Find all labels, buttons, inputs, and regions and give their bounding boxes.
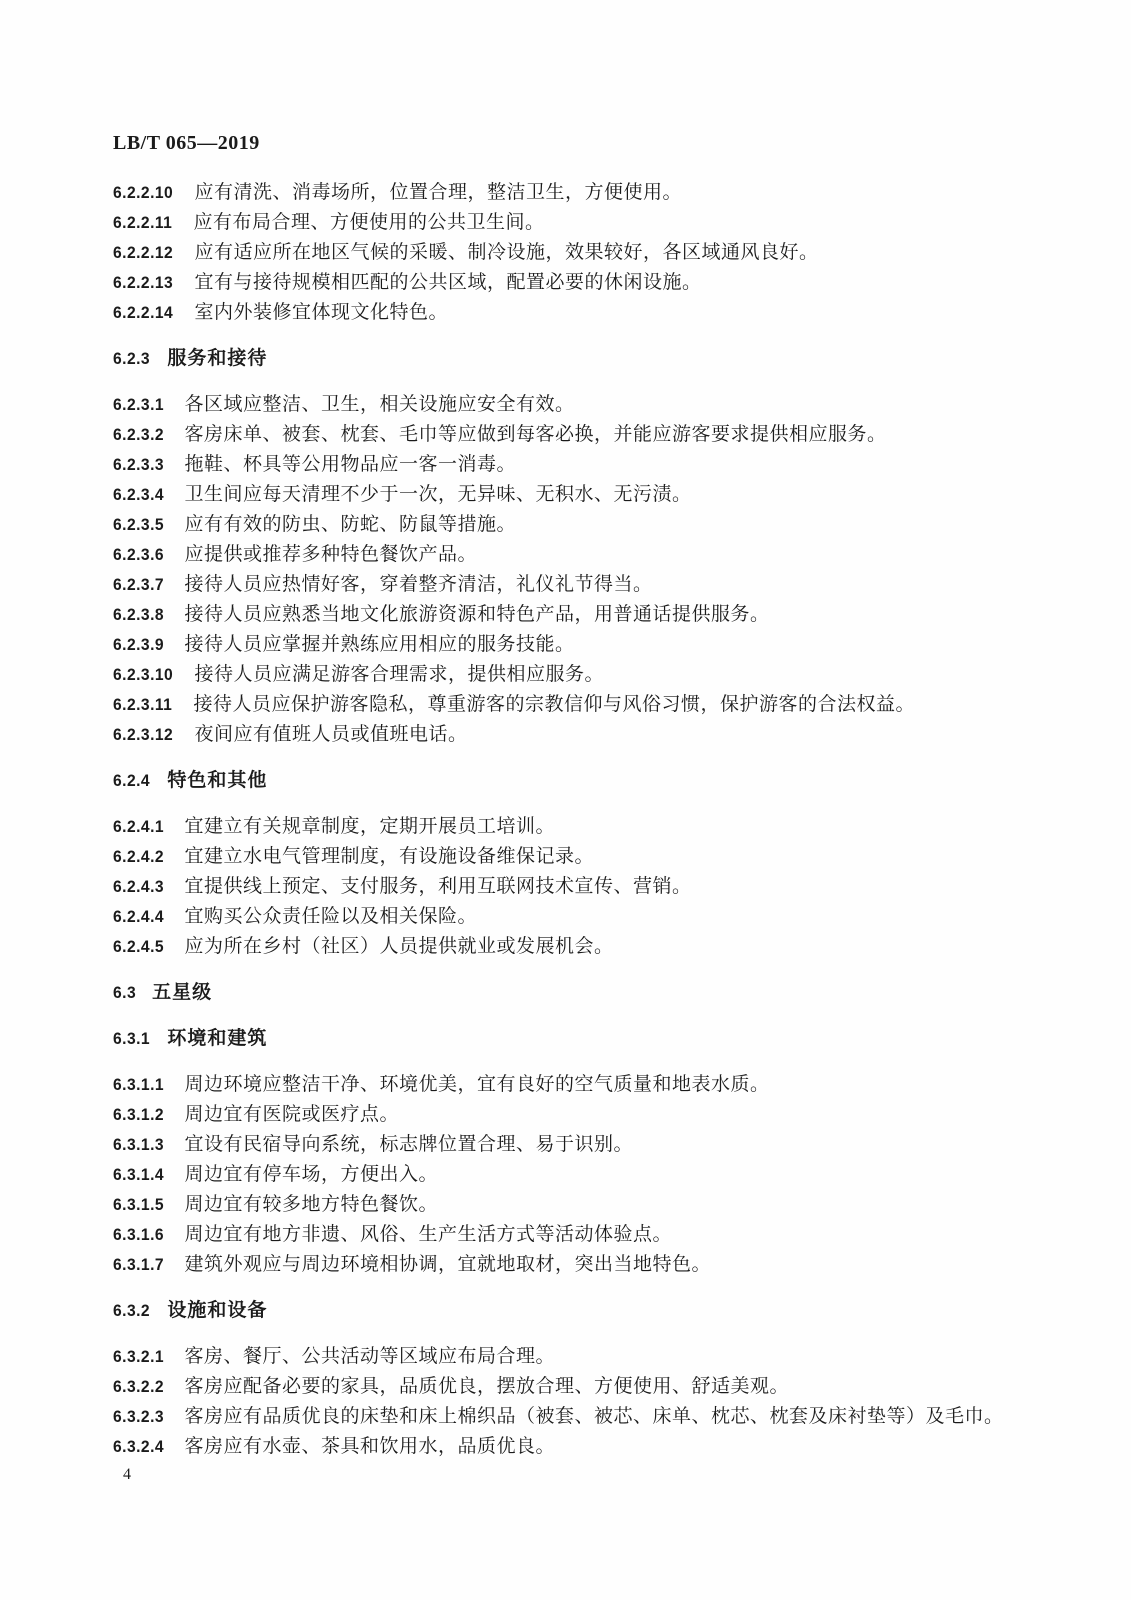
clause-row: 6.3.2.2客房应配备必要的家具，品质优良，摆放合理、方便使用、舒适美观。 bbox=[113, 1372, 1038, 1402]
document-code: LB/T 065—2019 bbox=[113, 132, 260, 155]
clause-text: 客房应配备必要的家具，品质优良，摆放合理、方便使用、舒适美观。 bbox=[185, 1376, 790, 1397]
section-heading: 6.3.1环境和建筑 bbox=[113, 1024, 1038, 1054]
clause-text: 卫生间应每天清理不少于一次，无异味、无积水、无污渍。 bbox=[185, 484, 692, 505]
section-title: 特色和其他 bbox=[167, 770, 267, 791]
clause-row: 6.2.4.2宜建立水电气管理制度，有设施设备维保记录。 bbox=[113, 842, 1038, 872]
clause-row: 6.2.4.1宜建立有关规章制度，定期开展员工培训。 bbox=[113, 812, 1038, 842]
clause-row: 6.3.1.3宜设有民宿导向系统，标志牌位置合理、易于识别。 bbox=[113, 1130, 1038, 1160]
clause-text: 客房、餐厅、公共活动等区域应布局合理。 bbox=[185, 1346, 556, 1367]
clause-row: 6.3.1.4周边宜有停车场，方便出入。 bbox=[113, 1160, 1038, 1190]
clause-row: 6.3.1.7建筑外观应与周边环境相协调，宜就地取材，突出当地特色。 bbox=[113, 1250, 1038, 1280]
clause-number: 6.2.2.10 bbox=[113, 178, 173, 208]
clause-text: 客房床单、被套、枕套、毛巾等应做到每客必换，并能应游客要求提供相应服务。 bbox=[185, 424, 887, 445]
clause-row: 6.2.3.10接待人员应满足游客合理需求，提供相应服务。 bbox=[113, 660, 1038, 690]
clause-row: 6.2.3.11接待人员应保护游客隐私，尊重游客的宗教信仰与风俗习惯，保护游客的… bbox=[113, 690, 1038, 720]
section-number: 6.3.2 bbox=[113, 1296, 150, 1326]
clause-row: 6.2.2.10应有清洗、消毒场所，位置合理，整洁卫生，方便使用。 bbox=[113, 178, 1038, 208]
clause-text: 接待人员应满足游客合理需求，提供相应服务。 bbox=[194, 664, 604, 685]
clause-text: 应有有效的防虫、防蛇、防鼠等措施。 bbox=[185, 514, 517, 535]
clause-text: 应有布局合理、方便使用的公共卫生间。 bbox=[194, 212, 545, 233]
clause-number: 6.2.3.3 bbox=[113, 450, 164, 480]
clause-row: 6.2.4.4宜购买公众责任险以及相关保险。 bbox=[113, 902, 1038, 932]
section-heading: 6.2.4特色和其他 bbox=[113, 766, 1038, 796]
clause-number: 6.3.2.1 bbox=[113, 1342, 164, 1372]
clause-text: 各区域应整洁、卫生，相关设施应安全有效。 bbox=[185, 394, 575, 415]
clause-text: 接待人员应保护游客隐私，尊重游客的宗教信仰与风俗习惯，保护游客的合法权益。 bbox=[194, 694, 916, 715]
clause-number: 6.3.1.1 bbox=[113, 1070, 164, 1100]
clause-number: 6.3.1.5 bbox=[113, 1190, 164, 1220]
clause-text: 宜建立有关规章制度，定期开展员工培训。 bbox=[185, 816, 556, 837]
clause-number: 6.3.2.2 bbox=[113, 1372, 164, 1402]
clause-number: 6.2.3.5 bbox=[113, 510, 164, 540]
clause-text: 周边宜有较多地方特色餐饮。 bbox=[185, 1194, 439, 1215]
clause-row: 6.2.3.12夜间应有值班人员或值班电话。 bbox=[113, 720, 1038, 750]
clause-number: 6.2.3.4 bbox=[113, 480, 164, 510]
clause-number: 6.3.1.3 bbox=[113, 1130, 164, 1160]
clause-text: 接待人员应熟悉当地文化旅游资源和特色产品，用普通话提供服务。 bbox=[185, 604, 770, 625]
section-number: 6.2.4 bbox=[113, 766, 150, 796]
section-number: 6.2.3 bbox=[113, 344, 150, 374]
clause-row: 6.3.1.5周边宜有较多地方特色餐饮。 bbox=[113, 1190, 1038, 1220]
clause-row: 6.2.3.1各区域应整洁、卫生，相关设施应安全有效。 bbox=[113, 390, 1038, 420]
clause-row: 6.2.2.13宜有与接待规模相匹配的公共区域，配置必要的休闲设施。 bbox=[113, 268, 1038, 298]
clause-number: 6.2.3.7 bbox=[113, 570, 164, 600]
clause-row: 6.2.3.9接待人员应掌握并熟练应用相应的服务技能。 bbox=[113, 630, 1038, 660]
clause-number: 6.2.3.6 bbox=[113, 540, 164, 570]
section-title: 五星级 bbox=[152, 982, 212, 1003]
clause-number: 6.3.1.7 bbox=[113, 1250, 164, 1280]
clause-number: 6.2.3.10 bbox=[113, 660, 173, 690]
clause-number: 6.2.4.1 bbox=[113, 812, 164, 842]
section-title: 环境和建筑 bbox=[167, 1028, 267, 1049]
clause-row: 6.2.3.5应有有效的防虫、防蛇、防鼠等措施。 bbox=[113, 510, 1038, 540]
clause-row: 6.2.3.7接待人员应热情好客，穿着整齐清洁，礼仪礼节得当。 bbox=[113, 570, 1038, 600]
clause-text: 客房应有水壶、茶具和饮用水，品质优良。 bbox=[185, 1436, 556, 1457]
clause-row: 6.2.4.3宜提供线上预定、支付服务，利用互联网技术宣传、营销。 bbox=[113, 872, 1038, 902]
clause-number: 6.2.2.12 bbox=[113, 238, 173, 268]
section-heading: 6.2.3服务和接待 bbox=[113, 344, 1038, 374]
clause-row: 6.3.1.1周边环境应整洁干净、环境优美，宜有良好的空气质量和地表水质。 bbox=[113, 1070, 1038, 1100]
clause-row: 6.3.2.4客房应有水壶、茶具和饮用水，品质优良。 bbox=[113, 1432, 1038, 1462]
clause-number: 6.3.2.3 bbox=[113, 1402, 164, 1432]
clause-number: 6.2.3.8 bbox=[113, 600, 164, 630]
clause-number: 6.2.4.4 bbox=[113, 902, 164, 932]
clause-text: 应有适应所在地区气候的采暖、制冷设施，效果较好，各区域通风良好。 bbox=[194, 242, 818, 263]
clause-number: 6.2.3.2 bbox=[113, 420, 164, 450]
clause-number: 6.2.3.9 bbox=[113, 630, 164, 660]
clause-row: 6.2.4.5应为所在乡村（社区）人员提供就业或发展机会。 bbox=[113, 932, 1038, 962]
section-number: 6.3.1 bbox=[113, 1024, 150, 1054]
clause-text: 接待人员应热情好客，穿着整齐清洁，礼仪礼节得当。 bbox=[185, 574, 653, 595]
clause-text: 应有清洗、消毒场所，位置合理，整洁卫生，方便使用。 bbox=[194, 182, 682, 203]
section-heading: 6.3.2设施和设备 bbox=[113, 1296, 1038, 1326]
clause-row: 6.3.2.3客房应有品质优良的床垫和床上棉织品（被套、被芯、床单、枕芯、枕套及… bbox=[113, 1402, 1038, 1432]
clause-row: 6.3.1.6周边宜有地方非遗、风俗、生产生活方式等活动体验点。 bbox=[113, 1220, 1038, 1250]
clause-text: 应为所在乡村（社区）人员提供就业或发展机会。 bbox=[185, 936, 614, 957]
clause-text: 周边宜有医院或医疗点。 bbox=[185, 1104, 400, 1125]
document-body: 6.2.2.10应有清洗、消毒场所，位置合理，整洁卫生，方便使用。6.2.2.1… bbox=[113, 178, 1038, 1462]
clause-text: 宜有与接待规模相匹配的公共区域，配置必要的休闲设施。 bbox=[194, 272, 701, 293]
clause-text: 应提供或推荐多种特色餐饮产品。 bbox=[185, 544, 478, 565]
clause-number: 6.2.2.13 bbox=[113, 268, 173, 298]
clause-number: 6.3.1.4 bbox=[113, 1160, 164, 1190]
clause-row: 6.2.3.3拖鞋、杯具等公用物品应一客一消毒。 bbox=[113, 450, 1038, 480]
section-title: 服务和接待 bbox=[167, 348, 267, 369]
clause-number: 6.2.2.14 bbox=[113, 298, 173, 328]
clause-text: 拖鞋、杯具等公用物品应一客一消毒。 bbox=[185, 454, 517, 475]
clause-number: 6.2.3.11 bbox=[113, 690, 172, 720]
clause-number: 6.3.1.6 bbox=[113, 1220, 164, 1250]
clause-number: 6.2.4.2 bbox=[113, 842, 164, 872]
clause-text: 周边宜有地方非遗、风俗、生产生活方式等活动体验点。 bbox=[185, 1224, 673, 1245]
clause-row: 6.2.3.4卫生间应每天清理不少于一次，无异味、无积水、无污渍。 bbox=[113, 480, 1038, 510]
clause-row: 6.2.3.8接待人员应熟悉当地文化旅游资源和特色产品，用普通话提供服务。 bbox=[113, 600, 1038, 630]
section-heading: 6.3五星级 bbox=[113, 978, 1038, 1008]
clause-row: 6.2.3.6应提供或推荐多种特色餐饮产品。 bbox=[113, 540, 1038, 570]
clause-text: 客房应有品质优良的床垫和床上棉织品（被套、被芯、床单、枕芯、枕套及床衬垫等）及毛… bbox=[185, 1406, 1004, 1427]
clause-text: 夜间应有值班人员或值班电话。 bbox=[194, 724, 467, 745]
clause-row: 6.2.2.12应有适应所在地区气候的采暖、制冷设施，效果较好，各区域通风良好。 bbox=[113, 238, 1038, 268]
clause-number: 6.3.1.2 bbox=[113, 1100, 164, 1130]
clause-text: 周边环境应整洁干净、环境优美，宜有良好的空气质量和地表水质。 bbox=[185, 1074, 770, 1095]
section-title: 设施和设备 bbox=[167, 1300, 267, 1321]
clause-number: 6.2.3.1 bbox=[113, 390, 164, 420]
page-number: 4 bbox=[123, 1466, 131, 1484]
clause-row: 6.2.2.11应有布局合理、方便使用的公共卫生间。 bbox=[113, 208, 1038, 238]
section-number: 6.3 bbox=[113, 978, 136, 1008]
clause-text: 周边宜有停车场，方便出入。 bbox=[185, 1164, 439, 1185]
clause-number: 6.2.3.12 bbox=[113, 720, 173, 750]
clause-number: 6.3.2.4 bbox=[113, 1432, 164, 1462]
clause-text: 室内外装修宜体现文化特色。 bbox=[194, 302, 448, 323]
document-page: LB/T 065—2019 6.2.2.10应有清洗、消毒场所，位置合理，整洁卫… bbox=[0, 0, 1131, 1600]
clause-number: 6.2.4.5 bbox=[113, 932, 164, 962]
clause-text: 宜购买公众责任险以及相关保险。 bbox=[185, 906, 478, 927]
clause-row: 6.2.3.2客房床单、被套、枕套、毛巾等应做到每客必换，并能应游客要求提供相应… bbox=[113, 420, 1038, 450]
clause-text: 宜提供线上预定、支付服务，利用互联网技术宣传、营销。 bbox=[185, 876, 692, 897]
clause-text: 接待人员应掌握并熟练应用相应的服务技能。 bbox=[185, 634, 575, 655]
clause-row: 6.3.1.2周边宜有医院或医疗点。 bbox=[113, 1100, 1038, 1130]
clause-number: 6.2.4.3 bbox=[113, 872, 164, 902]
clause-row: 6.3.2.1客房、餐厅、公共活动等区域应布局合理。 bbox=[113, 1342, 1038, 1372]
clause-text: 建筑外观应与周边环境相协调，宜就地取材，突出当地特色。 bbox=[185, 1254, 712, 1275]
clause-text: 宜建立水电气管理制度，有设施设备维保记录。 bbox=[185, 846, 595, 867]
clause-text: 宜设有民宿导向系统，标志牌位置合理、易于识别。 bbox=[185, 1134, 634, 1155]
clause-number: 6.2.2.11 bbox=[113, 208, 172, 238]
clause-row: 6.2.2.14室内外装修宜体现文化特色。 bbox=[113, 298, 1038, 328]
